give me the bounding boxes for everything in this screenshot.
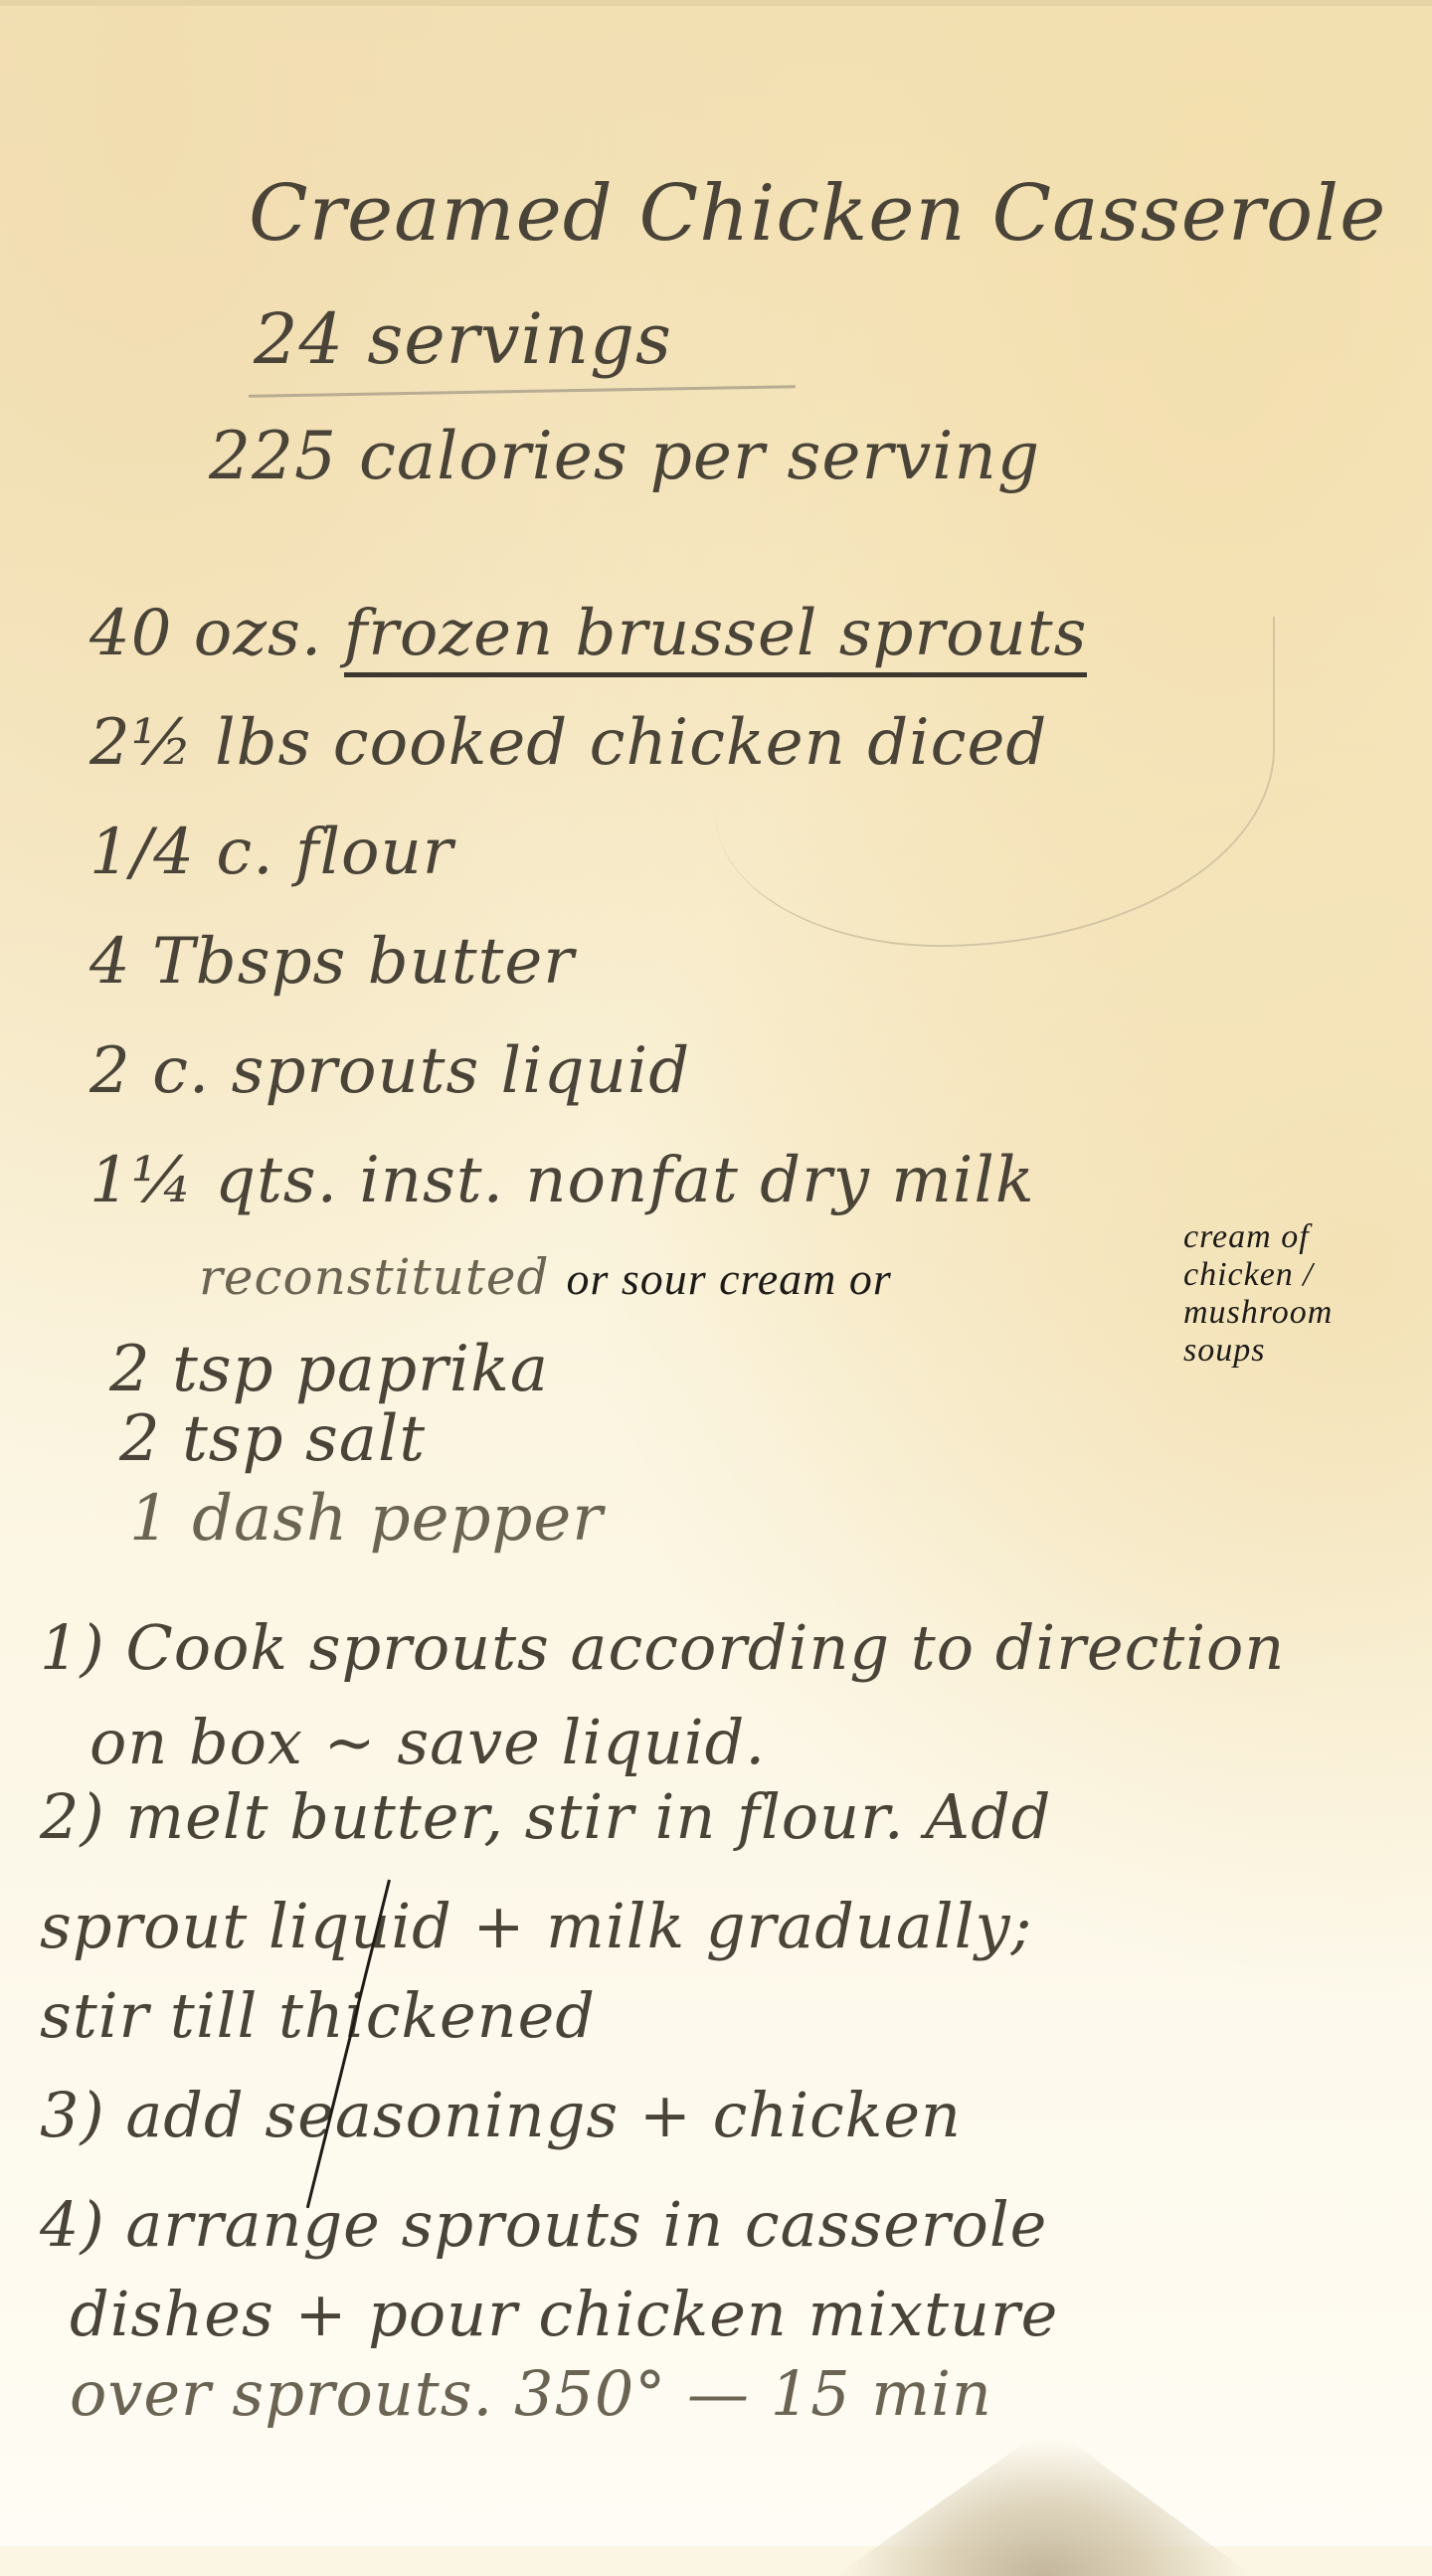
ingredient-item: pepper [370, 1482, 604, 1556]
ingredient-item: flour [295, 816, 454, 889]
step-line: 1) Cook sprouts according to direction [40, 1611, 1285, 1684]
ingredient-item: salt [305, 1402, 426, 1476]
step-line: over sprouts. 350° — 15 min [70, 2357, 992, 2430]
ingredient-line: 4 Tbsps butter [89, 925, 575, 999]
ingredient-line: 1¼ qts. inst. nonfat dry milk [89, 1144, 1035, 1217]
ingredient-line: 2½ lbs cooked chicken diced [89, 706, 1047, 780]
recipe-title: Creamed Chicken Casserole [249, 169, 1386, 259]
ingredient-qty: 40 ozs. [89, 597, 322, 670]
ingredient-line: 1 dash pepper [129, 1482, 604, 1556]
step-line: stir till thickened [40, 1979, 596, 2052]
ingredient-qty: 4 Tbsps [89, 925, 346, 999]
annotation-inline: or sour cream or [566, 1253, 891, 1304]
annotation-side-line: soups [1183, 1332, 1333, 1370]
ingredient-item: frozen brussel sprouts [344, 597, 1088, 677]
annotation-side-line: mushroom [1183, 1294, 1333, 1332]
ingredient-item: inst. nonfat dry milk [359, 1144, 1034, 1217]
recipe-calories: 225 calories per serving [209, 418, 1040, 494]
step-line: on box ~ save liquid. [89, 1706, 766, 1778]
step-line: sprout liquid + milk gradually; [40, 1890, 1032, 1962]
ingredient-qty: 2 c. [89, 1034, 210, 1108]
ingredient-line: 2 tsp salt [119, 1402, 426, 1476]
paper-top-edge [0, 0, 1432, 6]
step-line: dishes + pour chicken mixture [70, 2278, 1058, 2350]
ingredient-item: sprouts liquid [232, 1034, 691, 1108]
ingredient-item: reconstituted [199, 1248, 550, 1306]
ingredient-qty: 1¼ qts. [89, 1144, 338, 1217]
paper-stain [835, 2437, 1253, 2546]
ingredient-qty: 1 dash [129, 1482, 348, 1556]
ingredient-qty: 1/4 c. [89, 816, 274, 889]
step-line: 4) arrange sprouts in casserole [40, 2188, 1047, 2261]
recipe-card-paper: Creamed Chicken Casserole 24 servings 22… [0, 0, 1432, 2546]
step-line: 3) add seasonings + chicken [40, 2079, 962, 2151]
ingredient-qty: 2½ lbs [89, 706, 311, 780]
ingredient-item: butter [368, 925, 575, 999]
ingredient-qty: 2 tsp [109, 1333, 274, 1406]
ingredient-line: 2 tsp paprika [109, 1333, 549, 1406]
annotation-side: cream of chicken / mushroom soups [1183, 1218, 1333, 1370]
servings-underline [249, 385, 796, 398]
ingredient-item: paprika [295, 1333, 549, 1406]
step-line: 2) melt butter, stir in flour. Add [40, 1780, 1051, 1853]
ingredient-line: 2 c. sprouts liquid [89, 1034, 690, 1108]
recipe-servings: 24 servings [254, 298, 672, 380]
ingredient-qty: 2 tsp [119, 1402, 284, 1476]
ingredient-line: 40 ozs. frozen brussel sprouts [89, 597, 1087, 670]
annotation-side-line: chicken / [1183, 1256, 1333, 1294]
ingredient-line: 1/4 c. flour [89, 816, 453, 889]
ingredient-item: cooked chicken diced [333, 706, 1048, 780]
ingredient-line: reconstituted or sour cream or [199, 1248, 892, 1306]
annotation-side-line: cream of [1183, 1218, 1333, 1256]
